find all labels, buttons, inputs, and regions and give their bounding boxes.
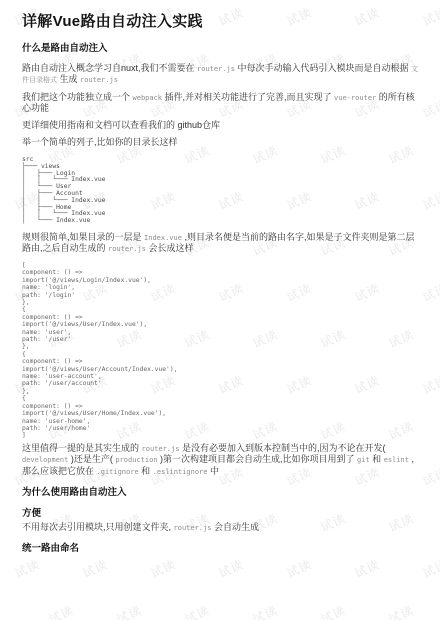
code-line: }, <box>22 299 418 306</box>
code-line: import('@/views/Login/Index.vue'), <box>22 277 418 284</box>
inline-code: .eslintignore <box>153 468 208 476</box>
paragraph-version-control-note: 这里值得一提的是其实生成的 router.js 是没有必要加入到版本控制当中的,… <box>22 443 418 478</box>
text-segment: 中每次手动输入代码引入模块而是自动根据 <box>235 63 411 73</box>
code-block-router-js: [component: () =>import('@/views/Login/I… <box>22 262 418 440</box>
code-line: { <box>22 351 418 358</box>
code-line: path: '/user' <box>22 336 418 343</box>
inline-code: router.js <box>142 445 180 453</box>
subheading-unified-naming: 统一路由命名 <box>22 543 418 554</box>
paragraph-github-repo: 更详细使用指南和文档可以查看我们的 github仓库 <box>22 120 418 130</box>
inline-code: webpack <box>133 94 163 102</box>
code-line: [ <box>22 262 418 269</box>
text-segment: 和 <box>370 454 384 464</box>
code-line: }, <box>22 343 418 350</box>
tree-line: │ │ └─── Index.vue <box>22 177 418 184</box>
tree-line: │ │ └─── Index.vue <box>22 198 418 205</box>
code-line: component: () => <box>22 403 418 410</box>
watermark-text: 试读 <box>318 601 349 620</box>
code-line: name: 'user-home', <box>22 418 418 425</box>
watermark-text: 试读 <box>148 555 179 581</box>
code-line: name: 'login', <box>22 284 418 291</box>
code-line: }, <box>22 388 418 395</box>
code-line: ] <box>22 432 418 439</box>
section-heading-why-use: 为什么使用路由自动注入 <box>22 487 418 498</box>
watermark-text: 试读 <box>386 601 417 620</box>
article-page: 详解Vue路由自动注入实践 什么是路由自动注入 路由自动注入概念学习自nuxt,… <box>0 0 440 554</box>
code-line: import('@/views/User/Account/Index.vue')… <box>22 366 418 373</box>
code-line: { <box>22 395 418 402</box>
text-segment: 插件,并对相关功能进行了完善,而且实现了 <box>162 92 334 102</box>
code-line: name: 'user-account', <box>22 373 418 380</box>
code-line: name: 'user', <box>22 329 418 336</box>
text-segment: 生成 <box>57 74 80 84</box>
tree-line: │ └─── Index.vue <box>22 218 418 225</box>
section-heading-what-is-auto-inject: 什么是路由自动注入 <box>22 43 418 54</box>
text-segment: 会自动生成 <box>211 522 259 532</box>
watermark-text: 试读 <box>80 555 111 581</box>
paragraph-webpack-plugin: 我们把这个功能独立成一个 webpack 插件,并对相关功能进行了完善,而且实现… <box>22 92 418 113</box>
page-title: 详解Vue路由自动注入实践 <box>22 13 418 31</box>
code-line: component: () => <box>22 269 418 276</box>
watermark-text: 试读 <box>182 601 213 620</box>
text-segment: 这里值得一提的是其实生成的 <box>22 443 142 453</box>
inline-code: router.js <box>108 245 146 253</box>
text-segment: 中 <box>207 466 219 476</box>
watermark-text: 试读 <box>284 555 315 581</box>
text-segment: 和 <box>139 466 153 476</box>
paragraph-example-intro: 举一个简单的列子,比如你的目录长这样 <box>22 137 418 147</box>
watermark-text: 试读 <box>12 555 43 581</box>
watermark-text: 试读 <box>250 601 281 620</box>
code-line: import('@/views/User/Index.vue'), <box>22 321 418 328</box>
inline-code: Index.vue <box>144 234 182 242</box>
inline-code: development <box>22 456 68 464</box>
text-segment: 更详细使用指南和文档可以查看我们的 github仓库 <box>22 120 220 130</box>
inline-code: .gitignore <box>97 468 139 476</box>
code-line: import('@/views/User/Home/Index.vue'), <box>22 410 418 417</box>
watermark-text: 试读 <box>420 555 440 581</box>
code-line: component: () => <box>22 314 418 321</box>
text-segment: 路由自动注入概念学习自nuxt,我们不需要在 <box>22 63 197 73</box>
code-line: path: '/user/home' <box>22 425 418 432</box>
text-segment: )还是生产( <box>68 454 115 464</box>
text-segment: 我们把这个功能独立成一个 <box>22 92 133 102</box>
watermark-text: 试读 <box>352 555 383 581</box>
inline-code: router.js <box>174 524 212 532</box>
code-line: path: '/user/account' <box>22 380 418 387</box>
directory-tree: src├─── views│ ├─── Login│ │ └─── Index.… <box>22 157 418 225</box>
inline-code: router.js <box>80 76 118 84</box>
subheading-convenient: 方便 <box>22 508 418 519</box>
text-segment: 举一个简单的列子,比如你的目录长这样 <box>22 137 178 147</box>
text-segment: 会长成这样 <box>146 243 194 253</box>
code-line: component: () => <box>22 358 418 365</box>
paragraph-intro-nuxt: 路由自动注入概念学习自nuxt,我们不需要在 router.js 中每次手动输入… <box>22 63 418 85</box>
paragraph-rule-explain: 规则很简单,如果目录的一层是 Index.vue ,则目录名便是当前的路由名字,… <box>22 232 418 255</box>
inline-code: vue-router <box>334 94 376 102</box>
text-segment: 规则很简单,如果目录的一层是 <box>22 232 144 242</box>
code-line: path: '/login' <box>22 292 418 299</box>
inline-code: git <box>357 456 370 464</box>
inline-code: eslint <box>384 456 409 464</box>
inline-code: router.js <box>197 65 235 73</box>
paragraph-convenient-detail: 不用每次去引用模块,只用创建文件夹, router.js 会自动生成 <box>22 522 418 533</box>
tree-line: src <box>22 157 418 164</box>
code-line: { <box>22 306 418 313</box>
inline-code: production <box>115 456 157 464</box>
watermark-text: 试读 <box>46 601 77 620</box>
text-segment: 不用每次去引用模块,只用创建文件夹, <box>22 522 174 532</box>
text-segment: 是没有必要加入到版本控制当中的,因为不论在开发( <box>179 443 385 453</box>
watermark-text: 试读 <box>216 555 247 581</box>
watermark-text: 试读 <box>114 601 145 620</box>
tree-line: ├─── views <box>22 164 418 171</box>
text-segment: )第一次构建项目都会自动生成,比如你项目用到了 <box>158 454 358 464</box>
